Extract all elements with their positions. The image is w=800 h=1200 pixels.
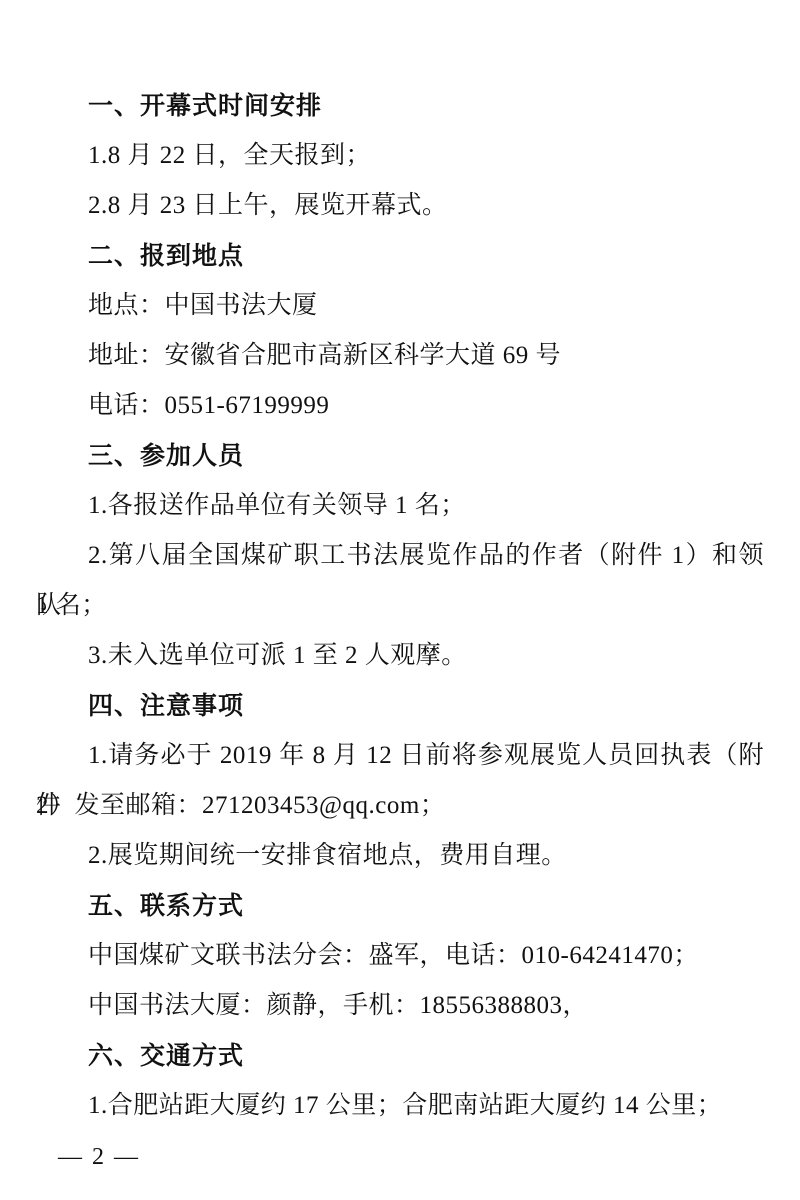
text-line: 1 名； (36, 581, 764, 631)
section-heading: 四、注意事项 (36, 681, 764, 731)
section-heading: 三、参加人员 (36, 431, 764, 481)
text-line: 中国书法大厦：颜静，手机：18556388803， (36, 981, 764, 1031)
document-page: 一、开幕式时间安排1.8 月 22 日，全天报到；2.8 月 23 日上午，展览… (0, 0, 800, 1200)
paragraph: 中国煤矿文联书法分会：盛军，电话：010-64241470； (36, 931, 764, 981)
paragraph: 1.8 月 22 日，全天报到； (36, 131, 764, 181)
paragraph: 1.请务必于 2019 年 8 月 12 日前将参观展览人员回执表（附件2）发至… (36, 731, 764, 831)
paragraph: 3.未入选单位可派 1 至 2 人观摩。 (36, 631, 764, 681)
text-line: 2.展览期间统一安排食宿地点，费用自理。 (36, 831, 764, 881)
paragraph: 1.各报送作品单位有关领导 1 名； (36, 481, 764, 531)
text-line: 2）发至邮箱：271203453@qq.com； (36, 781, 764, 831)
text-line: 三、参加人员 (36, 431, 764, 481)
text-line: 1.合肥站距大厦约 17 公里；合肥南站距大厦约 14 公里； (36, 1081, 764, 1131)
section-heading: 一、开幕式时间安排 (36, 81, 764, 131)
text-line: 2.第八届全国煤矿职工书法展览作品的作者（附件 1）和领队 (36, 531, 764, 581)
text-line: 中国煤矿文联书法分会：盛军，电话：010-64241470； (36, 931, 764, 981)
text-line: 3.未入选单位可派 1 至 2 人观摩。 (36, 631, 764, 681)
text-line: 1.请务必于 2019 年 8 月 12 日前将参观展览人员回执表（附件 (36, 731, 764, 781)
text-line: 电话：0551-67199999 (36, 381, 764, 431)
page-number: — 2 — (58, 1132, 140, 1182)
text-line: 二、报到地点 (36, 231, 764, 281)
section-heading: 五、联系方式 (36, 881, 764, 931)
paragraph: 中国书法大厦：颜静，手机：18556388803， (36, 981, 764, 1031)
text-line: 1.8 月 22 日，全天报到； (36, 131, 764, 181)
text-line: 地址：安徽省合肥市高新区科学大道 69 号 (36, 331, 764, 381)
paragraph: 2.8 月 23 日上午，展览开幕式。 (36, 181, 764, 231)
paragraph: 1.合肥站距大厦约 17 公里；合肥南站距大厦约 14 公里； (36, 1081, 764, 1131)
text-line: 一、开幕式时间安排 (36, 81, 764, 131)
section-heading: 二、报到地点 (36, 231, 764, 281)
paragraph: 2.第八届全国煤矿职工书法展览作品的作者（附件 1）和领队1 名； (36, 531, 764, 631)
document-body: 一、开幕式时间安排1.8 月 22 日，全天报到；2.8 月 23 日上午，展览… (36, 81, 764, 1131)
paragraph: 电话：0551-67199999 (36, 381, 764, 431)
text-line: 四、注意事项 (36, 681, 764, 731)
text-line: 2.8 月 23 日上午，展览开幕式。 (36, 181, 764, 231)
text-line: 1.各报送作品单位有关领导 1 名； (36, 481, 764, 531)
section-heading: 六、交通方式 (36, 1031, 764, 1081)
text-line: 六、交通方式 (36, 1031, 764, 1081)
text-line: 五、联系方式 (36, 881, 764, 931)
text-line: 地点：中国书法大厦 (36, 281, 764, 331)
paragraph: 地点：中国书法大厦 (36, 281, 764, 331)
paragraph: 地址：安徽省合肥市高新区科学大道 69 号 (36, 331, 764, 381)
paragraph: 2.展览期间统一安排食宿地点，费用自理。 (36, 831, 764, 881)
